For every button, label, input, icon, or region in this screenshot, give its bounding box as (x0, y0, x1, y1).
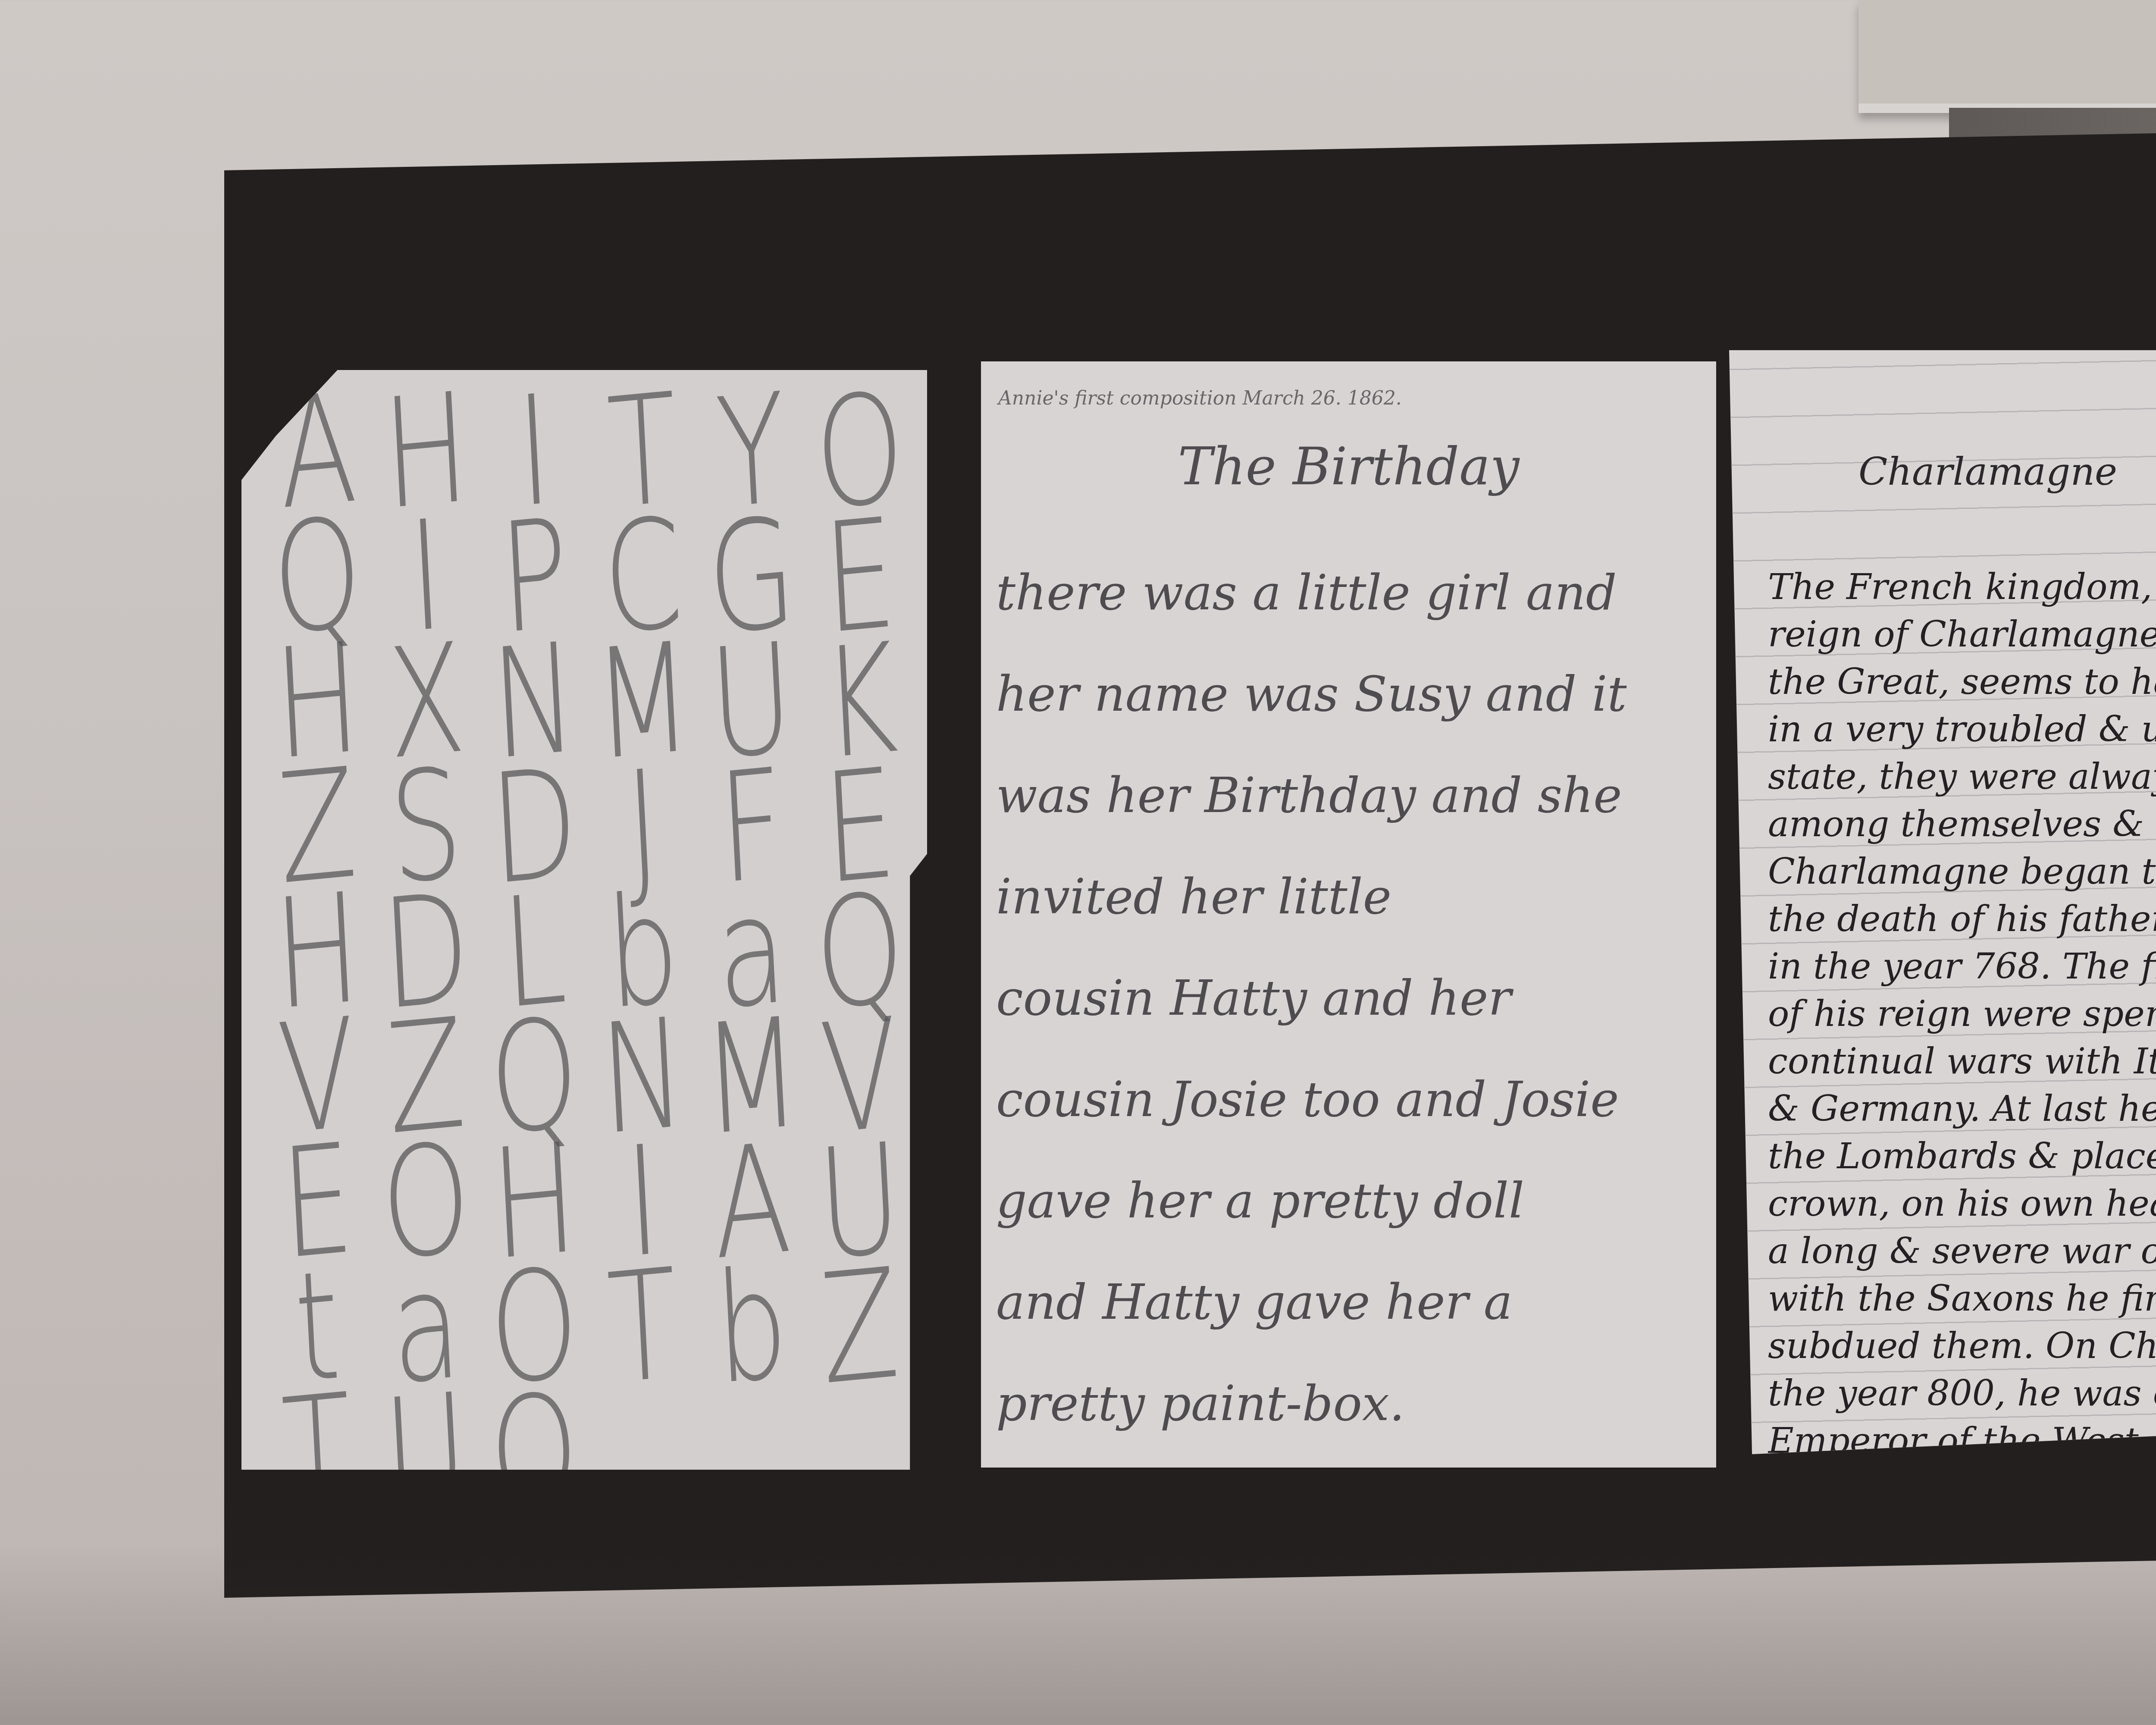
handwritten-letter: Z (806, 1247, 914, 1408)
essay-title: Charlamagne (1858, 449, 2117, 494)
essay-line: the year 800, he was crowned (1768, 1370, 2156, 1418)
composition-title: The Birthday (981, 437, 1716, 497)
composition-line: pretty paint-box. (996, 1353, 1703, 1455)
essay-line: The French kingdom, before the (1768, 564, 2156, 611)
composition-line: cousin Josie too and Josie (996, 1049, 1703, 1151)
essay-line: the Lombards & placed their iron (1768, 1133, 2156, 1180)
floor-shadow (0, 1544, 2156, 1725)
essay-line: the Great, seems to have been (1768, 659, 2156, 706)
essay-line: a long & severe war of 32 years (1768, 1228, 2156, 1275)
essay-line: state, they were always fighting (1768, 753, 2156, 801)
essay-body: The French kingdom, before the reign of … (1768, 564, 2156, 1465)
composition-line: cousin Hatty and her (996, 948, 1703, 1049)
composition-line: and Hatty gave her a (996, 1252, 1703, 1353)
composition-line: there was a little girl and (996, 543, 1703, 644)
essay-line: subdued them. On Christmas in (1768, 1323, 2156, 1370)
essay-line: in a very troubled & unsettled (1768, 706, 2156, 753)
composition-line: her name was Susy and it (996, 644, 1703, 745)
composition-body: there was a little girl and her name was… (996, 543, 1703, 1455)
essay-line: continual wars with Italy, Spain (1768, 1038, 2156, 1085)
composition-date-note: Annie's first composition March 26. 1862… (998, 387, 1402, 409)
essay-line: the death of his father Pepin (1768, 896, 2156, 943)
essay-line: crown, on his own head & then after (1768, 1180, 2156, 1228)
essay-line: of his reign were spent in (1768, 991, 2156, 1038)
essay-line: Charlamagne began to reign, on (1768, 848, 2156, 896)
essay-line: among themselves & with other nations (1768, 801, 2156, 848)
essay-line: with the Saxons he finally (1768, 1275, 2156, 1323)
composition-line: gave her a pretty doll (996, 1151, 1703, 1252)
alphabet-letters: AHITYOQIPCGEHXNMUKZSDJFEHDLbaQVZQNMVEOHI… (267, 396, 910, 1452)
birthday-composition-sheet: Annie's first composition March 26. 1862… (981, 361, 1716, 1468)
composition-line: was her Birthday and she (996, 745, 1703, 847)
composition-line: invited her little (996, 847, 1703, 948)
essay-line: & Germany. At last he conquered (1768, 1085, 2156, 1133)
charlamagne-essay-sheet: Charlamagne The French kingdom, before t… (1729, 350, 2156, 1454)
handwritten-letter: T (589, 1247, 696, 1408)
display-case-block (1858, 0, 2156, 113)
handwritten-letter: b (698, 1247, 805, 1408)
alphabet-practice-sheet: AHITYOQIPCGEHXNMUKZSDJFEHDLbaQVZQNMVEOHI… (241, 370, 927, 1470)
essay-line: in the year 768. The first years (1768, 943, 2156, 991)
essay-line: reign of Charlamagne or Charles (1768, 611, 2156, 659)
